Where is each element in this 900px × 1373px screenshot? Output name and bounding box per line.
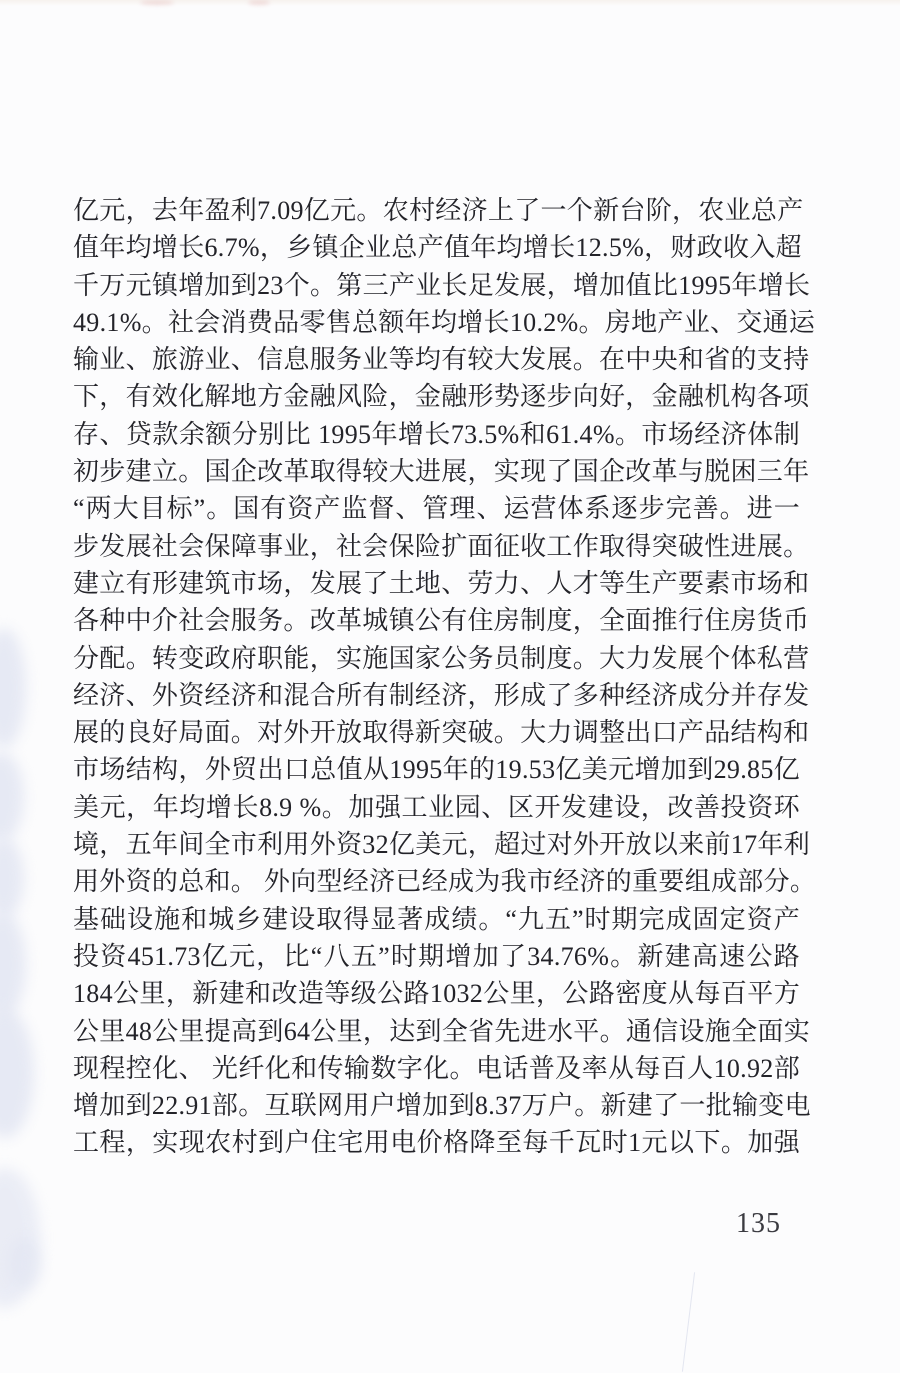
scan-artifact-top-edge xyxy=(0,0,900,6)
page-number: 135 xyxy=(736,1208,781,1240)
text-line: 现程控化、 光纤化和传输数字化。电话普及率从每百人10.92部 xyxy=(73,1050,800,1087)
text-line: 值年均增长6.7%，乡镇企业总产值年均增长12.5%，财政收入超 xyxy=(73,229,800,266)
scan-artifact-left-edge xyxy=(0,752,24,842)
paragraph-text: 亿元，去年盈利7.09亿元。农村经济上了一个新台阶，农业总产值年均增长6.7%，… xyxy=(73,192,800,1162)
text-line: “两大目标”。国有资产监督、管理、运营体系逐步完善。进一 xyxy=(73,490,800,527)
scan-artifact-scratch xyxy=(682,1272,695,1371)
text-line: 49.1%。社会消费品零售总额年均增长10.2%。房地产业、交通运 xyxy=(73,304,800,341)
scan-artifact-left-edge xyxy=(0,1008,34,1138)
text-line: 千万元镇增加到23个。第三产业长足发展，增加值比1995年增长 xyxy=(73,267,800,304)
text-line: 建立有形建筑市场，发展了土地、劳力、人才等生产要素市场和 xyxy=(73,565,800,602)
scan-artifact-top-smudge xyxy=(248,0,270,5)
text-line: 增加到22.91部。互联网用户增加到8.37万户。新建了一批输变电 xyxy=(73,1087,800,1124)
text-line: 亿元，去年盈利7.09亿元。农村经济上了一个新台阶，农业总产 xyxy=(73,192,800,229)
scan-artifact-top-smudge xyxy=(140,0,174,5)
text-line: 存、贷款余额分别比 1995年增长73.5%和61.4%。市场经济体制 xyxy=(73,416,800,453)
scan-artifact-left-edge xyxy=(8,1238,42,1290)
text-line: 下，有效化解地方金融风险，金融形势逐步向好，金融机构各项 xyxy=(73,378,800,415)
text-line: 初步建立。国企改革取得较大进展，实现了国企改革与脱困三年 xyxy=(73,453,800,490)
text-line: 市场结构，外贸出口总值从1995年的19.53亿美元增加到29.85亿 xyxy=(73,751,800,788)
text-line: 用外资的总和。 外向型经济已经成为我市经济的重要组成部分。 xyxy=(73,863,800,900)
text-line: 基础设施和城乡建设取得显著成绩。“九五”时期完成固定资产 xyxy=(73,901,800,938)
text-line: 分配。转变政府职能，实施国家公务员制度。大力发展个体私营 xyxy=(73,640,800,677)
paragraph-lines: 亿元，去年盈利7.09亿元。农村经济上了一个新台阶，农业总产值年均增长6.7%，… xyxy=(73,192,800,1162)
text-line: 步发展社会保障事业，社会保险扩面征收工作取得突破性进展。 xyxy=(73,528,800,565)
text-line: 工程，实现农村到户住宅用电价格降至每千瓦时1元以下。加强 xyxy=(73,1124,800,1161)
text-line: 境，五年间全市利用外资32亿美元，超过对外开放以来前17年利 xyxy=(73,826,800,863)
scan-artifact-left-edge xyxy=(0,1168,40,1308)
scan-artifact-left-edge xyxy=(0,628,26,748)
text-line: 输业、旅游业、信息服务业等均有较大发展。在中央和省的支持 xyxy=(73,341,800,378)
scan-artifact-left-edge xyxy=(0,838,24,918)
scan-artifact-left-edge xyxy=(0,912,26,1017)
text-line: 美元，年均增长8.9 %。加强工业园、区开发建设，改善投资环 xyxy=(73,789,800,826)
text-line: 各种中介社会服务。改革城镇公有住房制度，全面推行住房货币 xyxy=(73,602,800,639)
text-line: 投资451.73亿元，比“八五”时期增加了34.76%。新建高速公路 xyxy=(73,938,800,975)
text-line: 经济、外资经济和混合所有制经济，形成了多种经济成分并存发 xyxy=(73,677,800,714)
text-line: 184公里，新建和改造等级公路1032公里，公路密度从每百平方 xyxy=(73,975,800,1012)
text-line: 展的良好局面。对外开放取得新突破。大力调整出口产品结构和 xyxy=(73,714,800,751)
text-line: 公里48公里提高到64公里，达到全省先进水平。通信设施全面实 xyxy=(73,1013,800,1050)
